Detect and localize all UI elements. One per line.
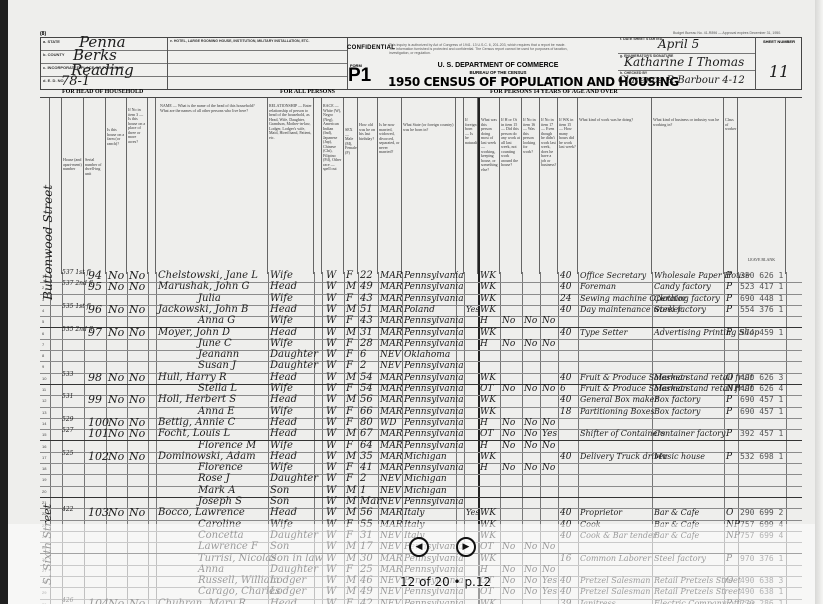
street-name-1: Buttonwood Street bbox=[41, 185, 55, 300]
cell-looking: No bbox=[524, 585, 537, 599]
cell-house: 535 1st fl bbox=[62, 304, 91, 310]
cell-act: H bbox=[480, 337, 488, 351]
cell-looking: No bbox=[524, 461, 537, 475]
col-naturalized: If foreign born — Is he naturalized? bbox=[464, 98, 478, 274]
col-race: RACE — White (W), Negro (Neg), American … bbox=[322, 98, 344, 274]
cell-acres: No bbox=[129, 393, 145, 407]
cell-code: 392 457 1 bbox=[740, 427, 783, 441]
line-number: 10 bbox=[42, 376, 46, 381]
col-age: How old was he on his last birthday? bbox=[358, 98, 378, 274]
line-number: 29 bbox=[42, 590, 46, 595]
line-number: 20 bbox=[42, 489, 46, 494]
cell-farm: No bbox=[108, 597, 124, 604]
line-number: 18 bbox=[42, 466, 46, 471]
line-number: 4 bbox=[42, 308, 44, 313]
col-leave-blank-a bbox=[314, 98, 322, 274]
col-occupation: What kind of work was he doing? bbox=[578, 98, 652, 274]
cell-serial: 97 bbox=[88, 326, 102, 340]
cell-serial: 102 bbox=[88, 450, 109, 464]
cell-acres: No bbox=[129, 280, 145, 294]
section-headings: FOR HEAD OF HOUSEHOLD FOR ALL PERSONS FO… bbox=[40, 89, 802, 98]
cell-act: H bbox=[480, 461, 488, 475]
cell-rel: Head bbox=[270, 597, 297, 604]
cell-cls: P bbox=[726, 303, 732, 317]
ed-value: 78-1 bbox=[61, 74, 90, 89]
cell-cls: P bbox=[726, 326, 732, 340]
cell-acres: No bbox=[129, 326, 145, 340]
col-class: Class of worker bbox=[724, 98, 738, 274]
line-number: 11 bbox=[42, 387, 46, 392]
cell-looking: No bbox=[524, 337, 537, 351]
cell-cls: NP bbox=[726, 529, 740, 543]
cell-hours: 40 bbox=[560, 303, 571, 317]
arrow-left-icon: ◀ bbox=[411, 539, 427, 555]
col-worked: If H or Ot in item 15 — Did this person … bbox=[500, 98, 522, 274]
county-label: b. COUNTY bbox=[43, 52, 65, 57]
cell-house: 422 bbox=[62, 507, 73, 513]
cell-farm: No bbox=[108, 326, 124, 340]
line-number: 6 bbox=[42, 331, 44, 336]
date-value: April 5 bbox=[658, 37, 699, 51]
cell-cls: P bbox=[726, 450, 732, 464]
confidential-note: This inquiry is authorized by Act of Con… bbox=[389, 43, 569, 55]
cell-name: Chuhran, Mary R bbox=[158, 597, 246, 604]
cell-hours: 18 bbox=[560, 405, 571, 419]
col-sex: SEX — Male (M), Female (F) bbox=[344, 98, 358, 274]
cell-job: No bbox=[542, 439, 555, 453]
cell-serial: 95 bbox=[88, 280, 102, 294]
next-page-button[interactable]: ▶ bbox=[456, 537, 476, 557]
cell-occ: Janitress bbox=[580, 597, 616, 604]
cell-hours: 40 bbox=[560, 450, 571, 464]
cell-nat: Yes bbox=[466, 506, 479, 520]
cell-job: No bbox=[542, 461, 555, 475]
line-number: 7 bbox=[42, 342, 44, 347]
col-leave-blank-b bbox=[456, 98, 464, 274]
sheet-number: 11 bbox=[756, 62, 802, 81]
cell-occ: Partitioning Boxes bbox=[580, 405, 655, 419]
cell-looking: No bbox=[524, 540, 537, 554]
cell-house: 527 bbox=[62, 428, 73, 434]
cell-cls: P bbox=[726, 405, 732, 419]
cell-serial: 98 bbox=[88, 371, 102, 385]
cell-ind: Steel factory bbox=[654, 303, 706, 317]
sheet-number-label: SHEET NUMBER bbox=[756, 39, 802, 44]
cell-acres: No bbox=[129, 371, 145, 385]
cell-code: 970 376 1 bbox=[740, 552, 783, 566]
cell-cls: P bbox=[726, 427, 732, 441]
cell-acres: No bbox=[129, 506, 145, 520]
line-number: 17 bbox=[42, 455, 46, 460]
cell-code: 554 376 1 bbox=[740, 303, 783, 317]
cell-farm: No bbox=[108, 506, 124, 520]
cell-nat: Yes bbox=[466, 303, 479, 317]
cell-farm: No bbox=[108, 427, 124, 441]
cell-job: No bbox=[542, 382, 555, 396]
cell-house: 533 bbox=[62, 372, 73, 378]
col-leave-blank-c: LEAVE BLANK bbox=[738, 98, 786, 274]
cell-house: 426 bbox=[62, 598, 73, 604]
cell-worked: No bbox=[502, 439, 515, 453]
line-number: 15 bbox=[42, 432, 46, 437]
cell-job: No bbox=[542, 540, 555, 554]
cell-cls: P bbox=[726, 552, 732, 566]
cell-acres: No bbox=[129, 597, 145, 604]
cell-ind: Container factory bbox=[654, 427, 725, 441]
sheet-number-box: SHEET NUMBER 11 bbox=[755, 37, 802, 90]
col-farm: Is this house on a farm (or ranch)? bbox=[106, 98, 127, 274]
cell-job: Yes bbox=[542, 585, 557, 599]
enumerator-block: f. DATE SHEET STARTED April 5 g. ENUMERA… bbox=[618, 37, 802, 90]
cell-hours: 16 bbox=[560, 552, 571, 566]
cell-house: 529 bbox=[62, 417, 73, 423]
street-name-2: S. Sixth Street bbox=[41, 504, 54, 585]
cell-looking: No bbox=[524, 439, 537, 453]
col-serial: Serial number of dwell-ing unit bbox=[84, 98, 106, 274]
cell-serial: 96 bbox=[88, 303, 102, 317]
cell-occ: Cook & Bar tender bbox=[580, 529, 657, 543]
date-label: f. DATE SHEET STARTED bbox=[620, 37, 662, 41]
image-viewer: (8) a. STATE Penna b. COUNTY Berks c. IN… bbox=[0, 0, 823, 604]
cell-code: 770 286 1 bbox=[740, 597, 783, 604]
section-persons-14-plus: FOR PERSONS 14 YEARS OF AGE AND OVER bbox=[490, 89, 618, 95]
cell-race: W bbox=[326, 597, 336, 604]
col-acres: If No in item 3 — Is this house on a pla… bbox=[127, 98, 148, 274]
cell-looking: No bbox=[524, 382, 537, 396]
line-number: 13 bbox=[42, 410, 46, 415]
cell-age: 42 bbox=[360, 597, 373, 604]
cell-ind: Music house bbox=[654, 450, 705, 464]
cell-code: 757 699 4 bbox=[740, 529, 783, 543]
budget-note: Budget Bureau No. 41-R896 — Approval exp… bbox=[673, 31, 781, 35]
scan-edge bbox=[0, 0, 8, 604]
col-line-number-right bbox=[786, 98, 802, 274]
cell-farm: No bbox=[108, 280, 124, 294]
col-birthplace: What State (or foreign country) was he b… bbox=[402, 98, 456, 274]
form-id: P1 bbox=[348, 67, 371, 85]
cell-acres: No bbox=[129, 303, 145, 317]
col-activity: What was this person doing most of last … bbox=[478, 98, 500, 274]
previous-page-button[interactable]: ◀ bbox=[409, 537, 429, 557]
col-house-number: House (and apart-ment) number bbox=[62, 98, 84, 274]
cell-hours: 39 bbox=[560, 597, 571, 604]
cell-worked: No bbox=[502, 337, 515, 351]
cell-house: 537 1st fl bbox=[62, 270, 91, 276]
cell-farm: No bbox=[108, 371, 124, 385]
cell-serial: 104 bbox=[88, 597, 109, 604]
cell-mar: NEV bbox=[380, 597, 401, 604]
cell-occ: Common Laborer bbox=[580, 552, 651, 566]
line-number: 19 bbox=[42, 477, 46, 482]
cell-house: 525 bbox=[62, 451, 73, 457]
line-number: 14 bbox=[42, 421, 46, 426]
cell-acres: No bbox=[129, 450, 145, 464]
cell-acres: No bbox=[129, 427, 145, 441]
section-head-of-household: FOR HEAD OF HOUSEHOLD bbox=[62, 89, 143, 95]
line-number: 12 bbox=[42, 398, 46, 403]
cell-act: WK bbox=[480, 597, 496, 604]
cell-code: 690 457 1 bbox=[740, 405, 783, 419]
col-industry: What kind of business or industry was he… bbox=[652, 98, 724, 274]
cell-cls: P bbox=[726, 597, 732, 604]
arrow-right-icon: ▶ bbox=[458, 539, 474, 555]
table-row: 30426104NoNoChuhran, Mary RHeadWF42NEVPe… bbox=[40, 600, 802, 604]
cell-farm: No bbox=[108, 393, 124, 407]
cell-worked: No bbox=[502, 382, 515, 396]
cell-worked: No bbox=[502, 314, 515, 328]
cell-sex: F bbox=[346, 597, 353, 604]
line-number: 16 bbox=[42, 444, 46, 449]
page-edge bbox=[815, 0, 823, 604]
cell-farm: No bbox=[108, 450, 124, 464]
col-agri-q bbox=[148, 98, 156, 274]
cell-house: 531 bbox=[62, 394, 73, 400]
cell-hours: 40 bbox=[560, 529, 571, 543]
col-hours: If WK in item 15 — How many hours did he… bbox=[558, 98, 578, 274]
cell-ind: Bar & Cafe bbox=[654, 529, 699, 543]
state-label: a. STATE bbox=[43, 39, 60, 44]
cell-farm: No bbox=[108, 303, 124, 317]
cell-worked: No bbox=[502, 585, 515, 599]
section-all-persons: FOR ALL PERSONS bbox=[280, 89, 335, 95]
col-job: If No in item 17 — Even though he didn't… bbox=[540, 98, 558, 274]
column-headers: House (and apart-ment) number Serial num… bbox=[40, 98, 802, 274]
page-indicator: 12 of 20 • p.12 bbox=[400, 575, 491, 589]
cell-ind: Box factory bbox=[654, 405, 700, 419]
cell-hours: 40 bbox=[560, 326, 571, 340]
cell-worked: No bbox=[502, 461, 515, 475]
dwelling-label: e. HOTEL, LARGE ROOMING HOUSE, INSTITUTI… bbox=[170, 39, 309, 43]
cell-born: Pennsylvania bbox=[404, 597, 464, 604]
cell-job: No bbox=[542, 337, 555, 351]
cell-looking: No bbox=[524, 314, 537, 328]
cell-worked: No bbox=[502, 540, 515, 554]
col-name: NAME — What is the name of the head of t… bbox=[156, 98, 268, 274]
cell-serial: 101 bbox=[88, 427, 109, 441]
line-number: 5 bbox=[42, 319, 44, 324]
cell-serial: 99 bbox=[88, 393, 102, 407]
cell-occ: Type Setter bbox=[580, 326, 627, 340]
census-title: 1950 CENSUS OF POPULATION AND HOUSING bbox=[388, 75, 628, 89]
col-marital: Is he now married, widowed, divorced, se… bbox=[378, 98, 402, 274]
cell-occ: Shifter of Containers bbox=[580, 427, 665, 441]
department-name: U. S. DEPARTMENT OF COMMERCE bbox=[388, 62, 608, 69]
cell-code: 574 459 1 bbox=[740, 326, 783, 340]
col-looking: If No in item 16 — Was this person looki… bbox=[522, 98, 540, 274]
line-number: 8 bbox=[42, 353, 44, 358]
cell-job: No bbox=[542, 314, 555, 328]
cell-serial: 103 bbox=[88, 506, 109, 520]
cell-code: 532 698 1 bbox=[740, 450, 783, 464]
cell-ind: Steel factory bbox=[654, 552, 706, 566]
line-number: 9 bbox=[42, 364, 44, 369]
checked-by: Clarence R Barbour 4-12 bbox=[618, 75, 745, 86]
col-relationship: RELATIONSHIP — Enter relationship of per… bbox=[268, 98, 314, 274]
enumerator-signature: Katharine I Thomas bbox=[624, 55, 744, 69]
census-sheet-image: (8) a. STATE Penna b. COUNTY Berks c. IN… bbox=[8, 0, 823, 604]
